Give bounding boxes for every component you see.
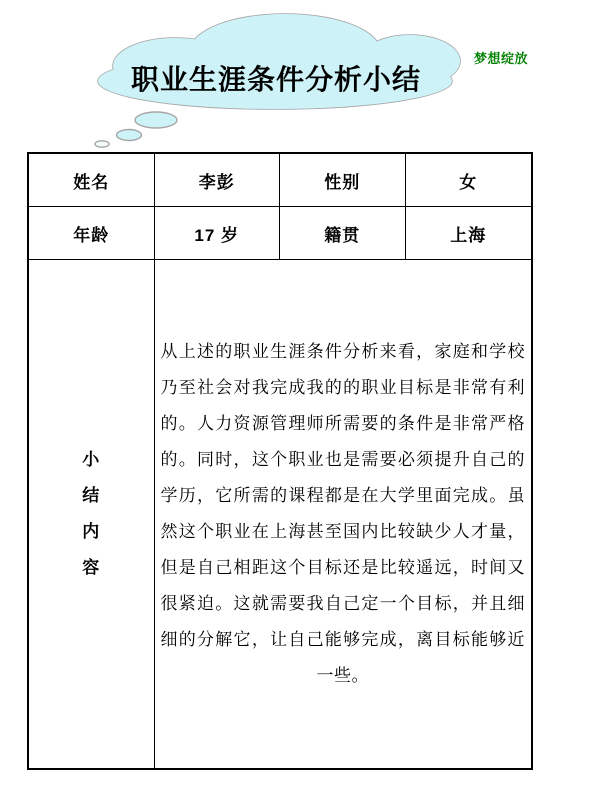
age-value-cell: 17 岁 bbox=[155, 207, 281, 260]
trail-bubble-medium bbox=[117, 130, 142, 141]
age-label-cell: 年龄 bbox=[29, 207, 155, 260]
summary-paragraph: 从上述的职业生涯条件分析来看，家庭和学校乃至社会对我完成我的的职业目标是非常有利… bbox=[155, 334, 532, 694]
tagline-text: 梦想绽放 bbox=[474, 48, 528, 67]
summary-label-cell: 小结内容 bbox=[29, 260, 155, 768]
birthplace-value-cell: 上海 bbox=[406, 207, 532, 260]
gender-label-cell: 性别 bbox=[280, 154, 406, 207]
name-label-cell: 姓名 bbox=[29, 154, 155, 207]
info-table: 姓名 李彭 性别 女 年龄 17 岁 籍贯 上海 小结内容 从上述的职业生涯条件… bbox=[27, 152, 533, 770]
name-value-cell: 李彭 bbox=[155, 154, 281, 207]
trail-bubble-large bbox=[135, 112, 177, 128]
thought-cloud-callout: 职业生涯条件分析小结 bbox=[80, 6, 472, 154]
gender-value-cell: 女 bbox=[406, 154, 532, 207]
trail-bubble-small bbox=[95, 141, 109, 147]
page-title: 职业生涯条件分析小结 bbox=[80, 64, 472, 96]
summary-content-cell: 从上述的职业生涯条件分析来看，家庭和学校乃至社会对我完成我的的职业目标是非常有利… bbox=[155, 260, 532, 768]
birthplace-label-cell: 籍贯 bbox=[280, 207, 406, 260]
document-page: 职业生涯条件分析小结 梦想绽放 姓名 李彭 性别 女 年龄 17 岁 籍贯 上海… bbox=[0, 0, 602, 799]
summary-label-vertical-text: 小结内容 bbox=[81, 442, 101, 586]
